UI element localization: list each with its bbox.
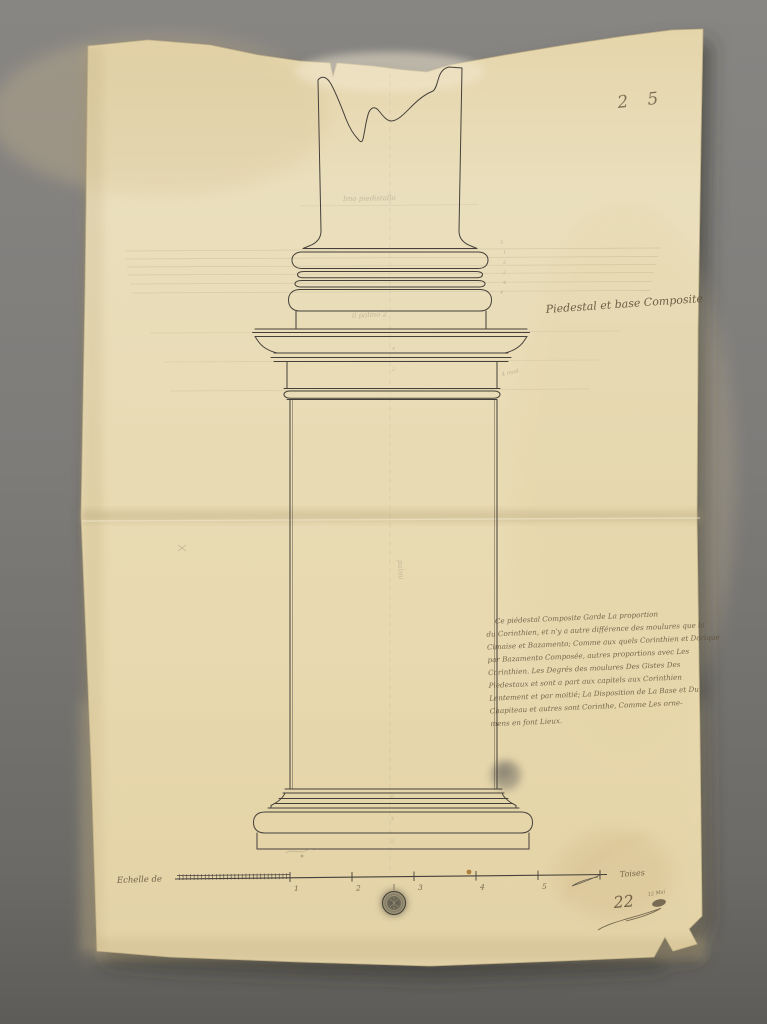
measure-figure: 2 (502, 270, 506, 276)
measure-figure: 5 (500, 240, 503, 246)
center-figure: 2 (390, 839, 394, 845)
scanned-drawing-view: 1 2 3 4 5 Echelle de Toises 2 5 Piedesta… (0, 0, 767, 1024)
pencil-die-note: palmi (396, 560, 405, 580)
scale-number: 2 (355, 884, 361, 893)
measure-figure: 2 (502, 260, 506, 266)
center-figure: 4 (391, 346, 395, 352)
scale-number: 3 (418, 883, 423, 892)
scale-number: 4 (479, 883, 485, 892)
measure-figure: 1 (503, 250, 506, 256)
pencil-shaft-note: Imo piedistallo (342, 194, 396, 203)
inventory-numeral: 22 (612, 891, 635, 912)
center-figure: 4 (390, 816, 394, 822)
scale-label: Echelle de (116, 874, 162, 886)
ink-speck (467, 870, 472, 875)
measure-figure: 4 (499, 290, 503, 296)
scale-unit-label: Toises (620, 868, 646, 879)
measure-figure: 4 (502, 280, 506, 286)
scale-number: 1 (294, 884, 299, 893)
center-figure: 2 (391, 367, 395, 373)
scale-number: 5 (542, 882, 547, 891)
drawing-canvas: 1 2 3 4 5 Echelle de Toises 2 5 Piedesta… (0, 0, 767, 1024)
